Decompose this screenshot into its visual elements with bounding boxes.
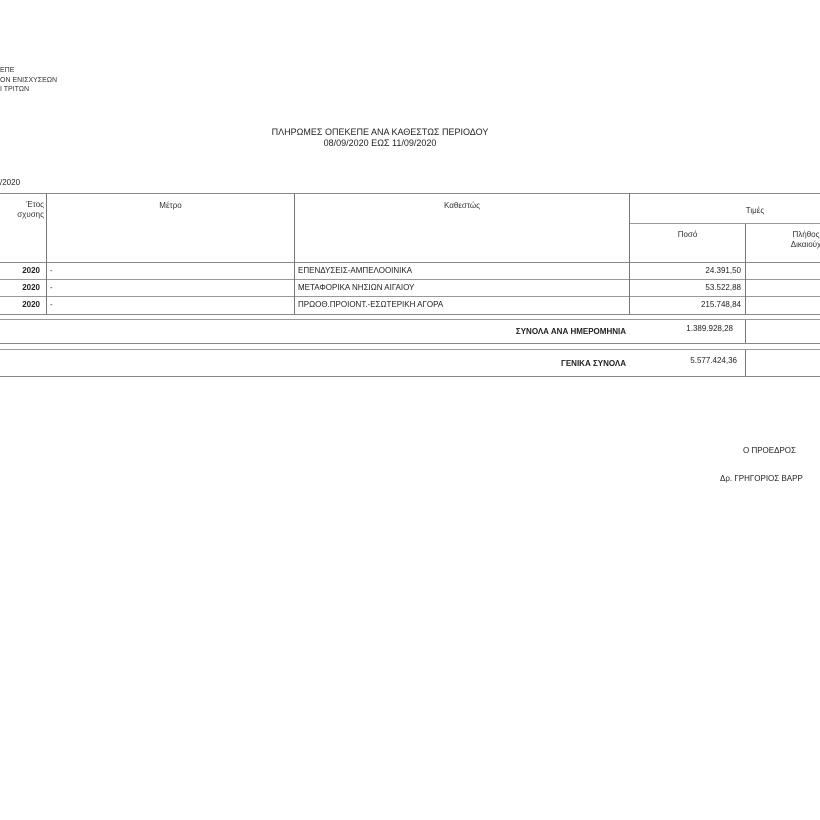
rows-bottom-border bbox=[0, 314, 820, 315]
report-title: ΠΛΗΡΩΜΕΣ ΟΠΕΚΕΠΕ ΑΝΑ ΚΑΘΕΣΤΩΣ ΠΕΡΙΟΔΟΥ bbox=[200, 127, 560, 138]
row-divider bbox=[0, 279, 820, 280]
report-title-block: ΠΛΗΡΩΜΕΣ ΟΠΕΚΕΠΕ ΑΝΑ ΚΑΘΕΣΤΩΣ ΠΕΡΙΟΔΟΥ 0… bbox=[200, 127, 560, 149]
grand-total-divider bbox=[745, 350, 746, 376]
values-group-divider bbox=[629, 223, 820, 224]
header-bottom-border bbox=[0, 262, 820, 263]
row-measure: - bbox=[50, 283, 53, 293]
column-header-amount: Ποσό bbox=[630, 230, 745, 240]
org-line-3: Ι ΤΡΙΤΩΝ bbox=[0, 85, 57, 95]
column-group-values: Τιμές bbox=[630, 206, 820, 216]
row-divider bbox=[0, 296, 820, 297]
row-year: 2020 bbox=[0, 266, 40, 276]
row-amount: 53.522,88 bbox=[630, 283, 741, 293]
signature-role: Ο ΠΡΟΕΔΡΟΣ bbox=[743, 446, 796, 455]
report-period: 08/09/2020 ΕΩΣ 11/09/2020 bbox=[200, 138, 560, 149]
row-scheme: ΠΡΩΟΘ.ΠΡΟΙΟΝΤ.-ΕΣΩΤΕΡΙΚΗ ΑΓΟΡΑ bbox=[298, 300, 443, 310]
org-line-2: ΟΝ ΕΝΙΣΧΥΣΕΩΝ bbox=[0, 76, 57, 86]
date-total-top-border bbox=[0, 319, 820, 320]
row-scheme: ΕΠΕΝΔΥΣΕΙΣ-ΑΜΠΕΛΟΟΙΝΙΚΑ bbox=[298, 266, 412, 276]
grand-total-amount: 5.577.424,36 bbox=[630, 356, 737, 366]
org-line-1: ΕΠΕ bbox=[0, 66, 57, 76]
signature-name: Δρ. ΓΡΗΓΟΡΙΟΣ ΒΑΡΡ bbox=[720, 474, 803, 483]
row-year: 2020 bbox=[0, 300, 40, 310]
row-amount: 215.748,84 bbox=[630, 300, 741, 310]
row-amount: 24.391,50 bbox=[630, 266, 741, 276]
column-header-beneficiaries: Πλήθος Δικαιούχ bbox=[746, 230, 820, 250]
column-header-measure: Μέτρο bbox=[47, 201, 294, 211]
col-divider-year bbox=[46, 194, 47, 314]
col-divider-measure bbox=[294, 194, 295, 314]
row-measure: - bbox=[50, 300, 53, 310]
grand-total-top-border bbox=[0, 349, 820, 350]
date-total-bottom-border bbox=[0, 343, 820, 344]
date-total-amount: 1.389.928,28 bbox=[630, 324, 733, 334]
table-top-border bbox=[0, 193, 820, 194]
grand-total-label: ΓΕΝΙΚΑ ΣΥΝΟΛΑ bbox=[300, 359, 626, 369]
column-header-year: Έτος σχυσης bbox=[0, 200, 44, 220]
column-header-scheme: Καθεστώς bbox=[295, 201, 629, 211]
date-total-label: ΣΥΝΟΛΑ ΑΝΑ ΗΜΕΡΟΜΗΝΙΑ bbox=[300, 327, 626, 337]
row-scheme: ΜΕΤΑΦΟΡΙΚΑ ΝΗΣΙΩΝ ΑΙΓΑΙΟΥ bbox=[298, 283, 414, 293]
date-label: /2020 bbox=[0, 178, 20, 187]
date-total-divider bbox=[745, 320, 746, 343]
organization-header: ΕΠΕ ΟΝ ΕΝΙΣΧΥΣΕΩΝ Ι ΤΡΙΤΩΝ bbox=[0, 66, 57, 95]
row-year: 2020 bbox=[0, 283, 40, 293]
grand-total-bottom-border bbox=[0, 376, 820, 377]
row-measure: - bbox=[50, 266, 53, 276]
